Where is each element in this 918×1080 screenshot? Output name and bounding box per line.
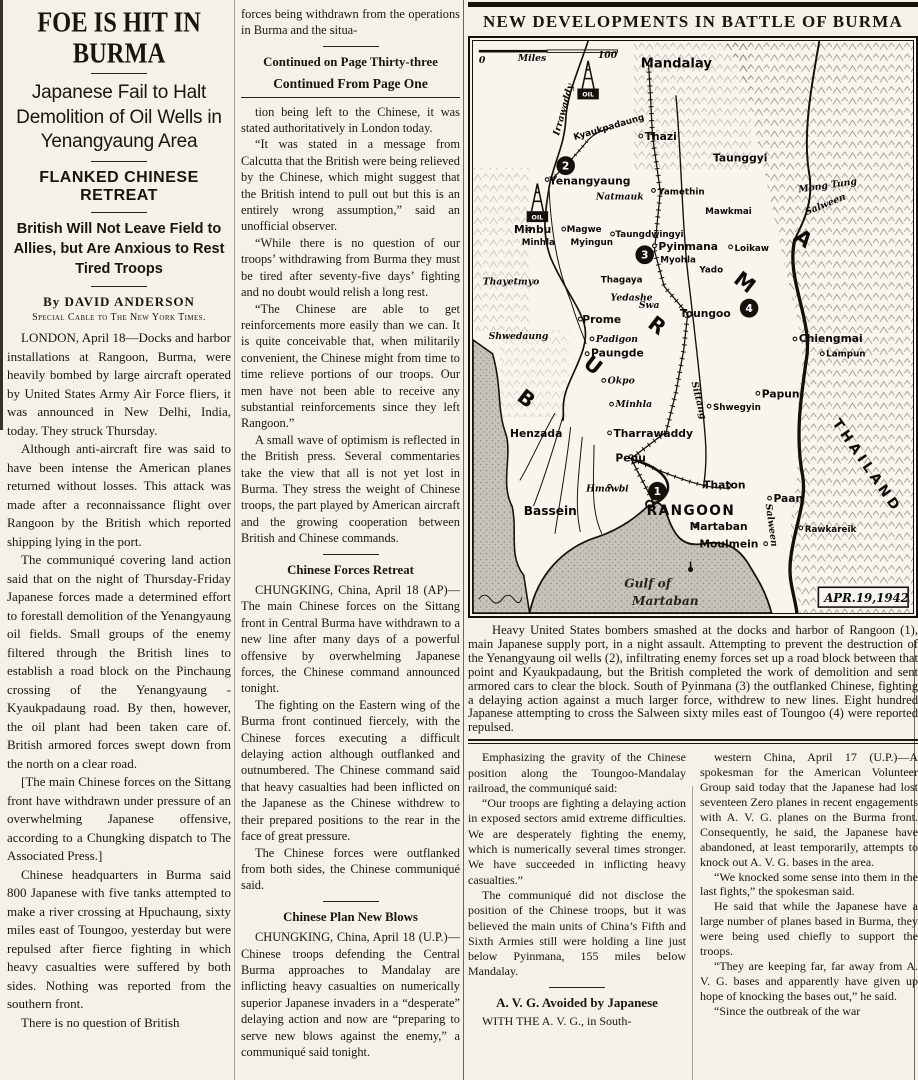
map-label-miles: Miles (517, 53, 547, 64)
town-dot (652, 189, 656, 193)
map-label-thaton: Thaton (703, 478, 745, 491)
paragraph: “While there is no question of our troop… (241, 235, 460, 301)
lead-article-column: FOE IS HIT IN BURMA Japanese Fail to Hal… (7, 8, 231, 1032)
town-dot (639, 134, 643, 138)
article-body: LONDON, April 18—Docks and harbor instal… (7, 329, 231, 1032)
map-frame: APR.19,1942 OILOIL0Miles100MandalayIrraw… (468, 36, 918, 618)
paragraph: He said that while the Japanese have a l… (700, 899, 918, 959)
paragraph: Although anti-aircraft fire was said to … (7, 440, 231, 551)
paragraph: “The Chinese are able to get reinforceme… (241, 301, 460, 432)
map-label-yado: Yado (698, 266, 723, 276)
paragraph: western China, April 17 (U.P.)—A spokesm… (700, 750, 918, 869)
map-label-myingun: Myingun (571, 238, 613, 248)
map-label-minhla: Minhla (522, 238, 555, 248)
divider (91, 212, 147, 213)
map-label-martaban: Martaban (631, 593, 699, 608)
map-label-moulmein: Moulmein (699, 538, 758, 551)
svg-text:1: 1 (654, 485, 661, 498)
map-label-thagaya: Thagaya (601, 275, 643, 285)
town-dot (793, 337, 797, 341)
column-rule (463, 0, 464, 1080)
map-label-taunggyi: Taunggyi (713, 152, 767, 165)
paragraph: tion being left to the Chinese, it was s… (241, 104, 460, 137)
map-label-toungoo: Toungoo (680, 307, 731, 320)
map-date-stamp: APR.19,1942 (823, 591, 909, 605)
numbered-marker-4: 4 (740, 299, 759, 318)
map-label-paan: Paan (773, 492, 803, 505)
map-label-martaban: Martaban (690, 520, 748, 533)
town-dot (764, 542, 768, 546)
divider (323, 901, 379, 902)
continued-on-note: Continued on Page Thirty-three (241, 54, 460, 70)
divider (323, 46, 379, 47)
map-label-prome: Prome (582, 313, 621, 326)
section-subhead: Chinese Plan New Blows (241, 909, 460, 925)
map-label-taungdwingyi: Taungdwingyi (615, 230, 683, 240)
map-label-henzada: Henzada (510, 427, 562, 440)
svg-text:2: 2 (562, 160, 569, 173)
paragraph: LONDON, April 18—Docks and harbor instal… (7, 329, 231, 440)
carryover-text: forces being withdrawn from the operatio… (241, 6, 460, 39)
map-label-padigon: Padigon (595, 334, 638, 345)
newspaper-page: FOE IS HIT IN BURMA Japanese Fail to Hal… (0, 0, 918, 1080)
paragraph: Chinese headquarters in Burma said 800 J… (7, 866, 231, 1014)
paragraph: A small wave of optimism is reflected in… (241, 432, 460, 547)
scan-edge-artifact (0, 0, 3, 430)
kicker-headline: FLANKED CHINESE RETREAT (7, 169, 231, 205)
map-label-rawkareik: Rawkareik (805, 525, 858, 535)
map-title: NEW DEVELOPMENTS IN BATTLE OF BURMA (468, 7, 918, 36)
divider (91, 161, 147, 162)
map-label-pegu: Pegu (615, 452, 645, 465)
town-dot (820, 352, 824, 356)
paragraph: “Our troops are fighting a delaying acti… (468, 796, 686, 888)
town-dot (799, 526, 803, 530)
map-label-mandalay: Mandalay (641, 57, 713, 72)
map-caption: Heavy United States bombers smashed at t… (468, 624, 918, 735)
map-label-hmawbi: Hmawbi (585, 483, 629, 494)
article-body: western China, April 17 (U.P.)—A spokesm… (700, 750, 918, 1018)
map-label-m: M (729, 266, 761, 299)
sub-deck-headline: British Will Not Leave Field to Allies, … (7, 220, 231, 279)
map-label-natmauk: Natmauk (595, 191, 644, 202)
continued-from-note: Continued From Page One (241, 76, 460, 92)
divider (241, 97, 460, 98)
divider (468, 739, 918, 744)
article-body: Emphasizing the gravity of the Chinese p… (468, 750, 686, 979)
town-dot (611, 232, 615, 236)
burma-war-map: APR.19,1942 OILOIL0Miles100MandalayIrraw… (473, 41, 913, 613)
map-label-0: 0 (479, 55, 486, 66)
paragraph: “It was stated in a message from Calcutt… (241, 136, 460, 234)
map-label-yenangyaung: Yenangyaung (548, 174, 630, 187)
map-label-mawkmai: Mawkmai (705, 207, 752, 217)
svg-text:4: 4 (745, 302, 753, 315)
town-dot (562, 227, 566, 231)
article-body: CHUNGKING, China, April 18 (AP)—The main… (241, 582, 460, 894)
divider (323, 554, 379, 555)
map-label-myohla: Myohla (660, 256, 696, 266)
map-label-yamethin: Yamethin (657, 187, 704, 197)
svg-text:OIL: OIL (532, 213, 544, 221)
bottom-right-column: western China, April 17 (U.P.)—A spokesm… (700, 750, 918, 1029)
numbered-marker-3: 3 (635, 245, 654, 264)
bottom-left-column: Emphasizing the gravity of the Chinese p… (468, 750, 686, 1029)
map-label-shwegyin: Shwegyin (713, 403, 761, 413)
section-subhead: A. V. G. Avoided by Japanese (468, 995, 686, 1010)
map-label-magwe: Magwe (567, 225, 602, 235)
numbered-marker-2: 2 (556, 156, 575, 175)
column-rule (234, 0, 235, 1080)
paragraph: [The main Chinese forces on the Sittang … (7, 773, 231, 866)
paragraph: The communiqué covering land action said… (7, 551, 231, 773)
map-label-loikaw: Loikaw (734, 244, 768, 254)
town-dot (729, 245, 733, 249)
numbered-marker-1: 1 (648, 482, 667, 501)
paragraph: The communiqué did not disclose the posi… (468, 888, 686, 980)
section-subhead: Chinese Forces Retreat (241, 562, 460, 578)
map-label-chiengmai: Chiengmai (799, 332, 863, 345)
map-label-thayetmyo: Thayetmyo (483, 276, 540, 287)
map-label-minhla: Minhla (614, 399, 652, 410)
map-section: NEW DEVELOPMENTS IN BATTLE OF BURMA (468, 0, 918, 1029)
date-stamp: APR.19,1942 (818, 587, 908, 607)
byline-detail: Special Cable to The New York Times. (7, 312, 231, 323)
map-label-rangoon: RANGOON (647, 503, 736, 519)
map-label-salween: Salween (763, 503, 780, 548)
paragraph: “Since the outbreak of the war (700, 1004, 918, 1019)
map-label-minbu: Minbu (514, 223, 551, 236)
town-dot (653, 244, 657, 248)
paragraph: The fighting on the Eastern wing of the … (241, 697, 460, 845)
oil-derrick-icon: OIL (577, 61, 598, 100)
article-body: tion being left to the Chinese, it was s… (241, 104, 460, 547)
main-headline: FOE IS HIT IN BURMA (7, 8, 231, 69)
oil-derrick-icon: OIL (527, 184, 548, 223)
map-label-r: R (644, 311, 673, 341)
article-body: CHUNGKING, China, April 18 (U.P.)—Chines… (241, 929, 460, 1060)
town-dot (707, 404, 711, 408)
paragraph: The Chinese forces were outflanked from … (241, 845, 460, 894)
divider (91, 73, 147, 74)
map-label-pyinmana: Pyinmana (658, 240, 718, 253)
town-dot (756, 391, 760, 395)
scale-bar (479, 50, 618, 53)
map-label-sittang: Sittang (689, 380, 709, 421)
town-dot (602, 379, 606, 383)
map-label-bassein: Bassein (524, 504, 577, 518)
map-label-swa: Swa (639, 300, 660, 311)
continuation-column: forces being withdrawn from the operatio… (241, 6, 460, 1060)
svg-text:3: 3 (641, 249, 648, 262)
town-dot (608, 431, 612, 435)
map-label-papun: Papun (762, 387, 800, 400)
paragraph: CHUNGKING, China, April 18 (AP)—The main… (241, 582, 460, 697)
paragraph: WITH THE A. V. G., in South- (468, 1014, 686, 1029)
map-label-shwedaung: Shwedaung (489, 331, 549, 342)
town-dot (590, 337, 594, 341)
paragraph: “We knocked some sense into them in the … (700, 870, 918, 900)
map-label-thazi: Thazi (645, 130, 677, 143)
paragraph: CHUNGKING, China, April 18 (U.P.)—Chines… (241, 929, 460, 1060)
map-label-gulf-of: Gulf of (624, 575, 673, 590)
divider (549, 987, 605, 988)
town-dot (768, 496, 772, 500)
byline: By DAVID ANDERSON (7, 294, 231, 310)
town-dot (585, 352, 589, 356)
map-label-okpo: Okpo (608, 375, 635, 386)
paragraph: There is no question of British (7, 1014, 231, 1033)
town-dot (610, 402, 614, 406)
paragraph: “They are keeping far, far away from A. … (700, 959, 918, 1004)
svg-text:OIL: OIL (582, 91, 594, 99)
map-label-irrawaddy: Irrawaddy (551, 82, 576, 138)
map-label-lampun: Lampun (826, 350, 865, 360)
map-label-100: 100 (598, 50, 618, 61)
map-label-tharrawaddy: Tharrawaddy (613, 427, 692, 440)
paragraph: Emphasizing the gravity of the Chinese p… (468, 750, 686, 796)
deck-headline: Japanese Fail to Halt Demolition of Oil … (7, 81, 231, 154)
divider (91, 286, 147, 287)
